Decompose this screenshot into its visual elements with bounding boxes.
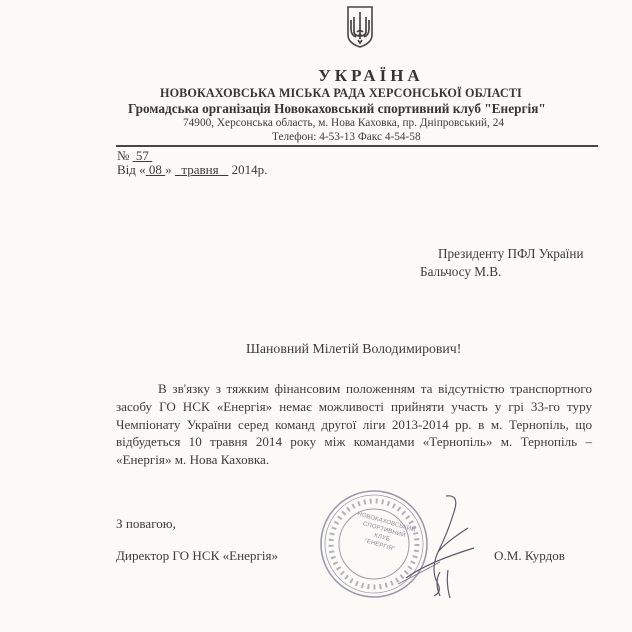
document-number-value: 57 (133, 148, 153, 163)
salutation: Шановний Мілетій Володимирович! (246, 341, 461, 357)
date-prefix: Від « (117, 162, 146, 177)
letterhead-address: 74900, Херсонська область, м. Нова Кахов… (183, 117, 504, 129)
document-date: Від « 08 » травня 2014р. (117, 162, 267, 178)
signer-name: О.М. Курдов (494, 548, 565, 564)
recipient-name: Бальчосу М.В. (420, 264, 501, 280)
closing-regards: З повагою, (116, 516, 176, 532)
date-mid: » (165, 162, 172, 177)
letterhead-divider (116, 145, 598, 147)
handwritten-signature-icon (368, 492, 478, 602)
trident-coat-of-arms-icon (346, 5, 374, 49)
letter-body: В зв'язку з тяжким фінансовим положенням… (116, 380, 592, 469)
date-year: 2014р. (232, 162, 268, 177)
letterhead-country: УКРАЇНА (0, 66, 632, 86)
letterhead-council: НОВОКАХОВСЬКА МІСЬКА РАДА ХЕРСОНСЬКОЇ ОБ… (160, 86, 522, 101)
document-number-label: № (117, 148, 129, 163)
letterhead-organization: Громадська організація Новокаховський сп… (128, 101, 546, 117)
letterhead-phone: Телефон: 4-53-13 Факс 4-54-58 (272, 131, 421, 143)
recipient-title: Президенту ПФЛ України (438, 246, 584, 262)
signer-position: Директор ГО НСК «Енергія» (116, 548, 278, 564)
date-month: травня (175, 162, 228, 177)
date-day: 08 (146, 162, 166, 177)
